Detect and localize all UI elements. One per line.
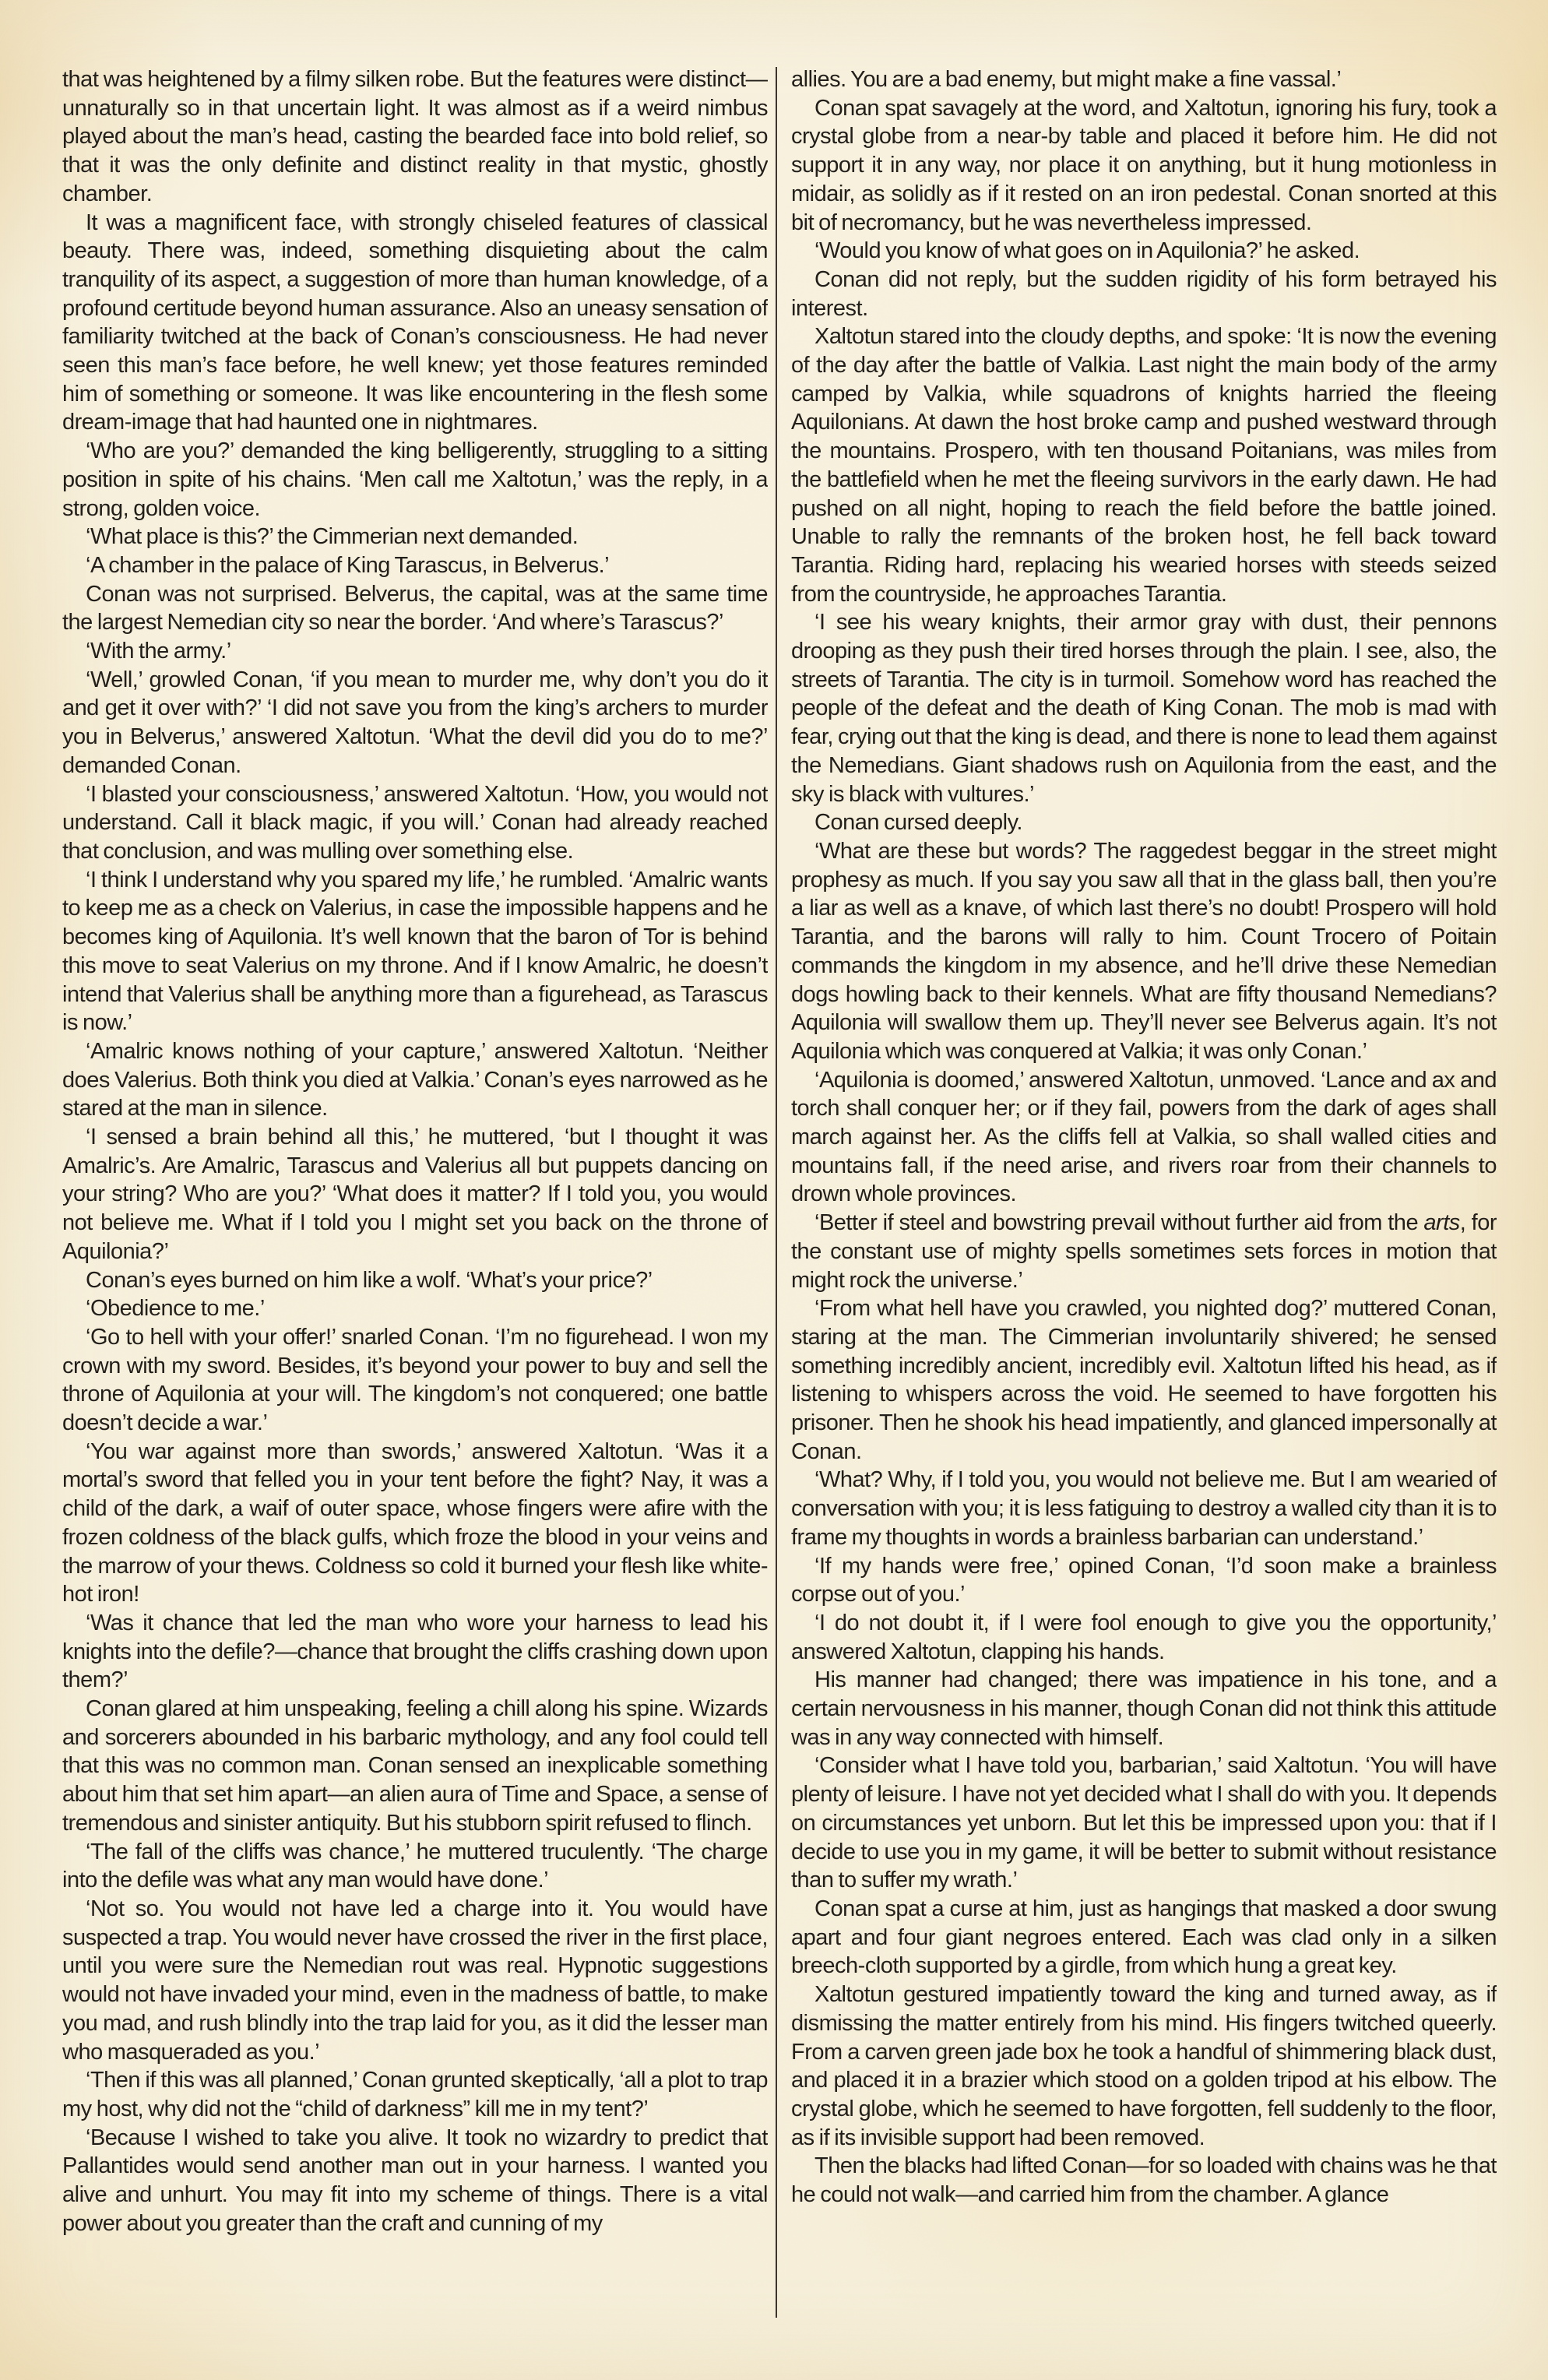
paragraph: that was heightened by a filmy silken ro…: [62, 65, 768, 209]
paragraph: ‘From what hell have you crawled, you ni…: [791, 1294, 1497, 1466]
paragraph: ‘Consider what I have told you, barbaria…: [791, 1752, 1497, 1895]
paragraph: allies. You are a bad enemy, but might m…: [791, 65, 1497, 94]
paragraph: ‘Go to hell with your offer!’ snarled Co…: [62, 1323, 768, 1438]
paragraph: Conan spat savagely at the word, and Xal…: [791, 94, 1497, 238]
paragraph: ‘I do not doubt it, if I were fool enoug…: [791, 1609, 1497, 1666]
paragraph: ‘If my hands were free,’ opined Conan, ‘…: [791, 1552, 1497, 1609]
paragraph: ‘With the army.’: [62, 637, 768, 666]
paragraph: ‘You war against more than swords,’ answ…: [62, 1438, 768, 1609]
paragraph: ‘Was it chance that led the man who wore…: [62, 1609, 768, 1695]
paragraph: ‘Who are you?’ demanded the king bellige…: [62, 437, 768, 523]
paragraph: Conan glared at him unspeaking, feeling …: [62, 1695, 768, 1838]
paragraph: ‘Well,’ growled Conan, ‘if you mean to m…: [62, 666, 768, 780]
paragraph: Conan cursed deeply.: [791, 808, 1497, 837]
paragraph: Conan spat a curse at him, just as hangi…: [791, 1895, 1497, 1980]
book-page: that was heightened by a filmy silken ro…: [0, 0, 1548, 2380]
paragraph: ‘What are these but words? The raggedest…: [791, 837, 1497, 1066]
paragraph: ‘Obedience to me.’: [62, 1294, 768, 1323]
paragraph: ‘Amalric knows nothing of your capture,’…: [62, 1037, 768, 1123]
paragraph: ‘Would you know of what goes on in Aquil…: [791, 237, 1497, 266]
paragraph: ‘I see his weary knights, their armor gr…: [791, 608, 1497, 808]
paragraph: Conan’s eyes burned on him like a wolf. …: [62, 1266, 768, 1295]
paragraph: ‘What place is this?’ the Cimmerian next…: [62, 523, 768, 551]
paragraph: It was a magnificent face, with strongly…: [62, 209, 768, 438]
paragraph: Conan was not surprised. Belverus, the c…: [62, 580, 768, 637]
paragraph: ‘Better if steel and bowstring prevail w…: [791, 1209, 1497, 1294]
paragraph: ‘Not so. You would not have led a charge…: [62, 1895, 768, 2066]
paragraph: ‘The fall of the cliffs was chance,’ he …: [62, 1838, 768, 1895]
text-column-right: allies. You are a bad enemy, but might m…: [791, 65, 1497, 2324]
paragraph: Xaltotun stared into the cloudy depths, …: [791, 322, 1497, 608]
paragraph: ‘Because I wished to take you alive. It …: [62, 2124, 768, 2238]
paragraph: Then the blacks had lifted Conan—for so …: [791, 2152, 1497, 2209]
paragraph: His manner had changed; there was impati…: [791, 1666, 1497, 1752]
text-column-left: that was heightened by a filmy silken ro…: [62, 65, 768, 2324]
paragraph: ‘Then if this was all planned,’ Conan gr…: [62, 2066, 768, 2123]
paragraph: ‘I sensed a brain behind all this,’ he m…: [62, 1123, 768, 1266]
column-divider-rule: [776, 67, 777, 2318]
paragraph: ‘Aquilonia is doomed,’ answered Xaltotun…: [791, 1066, 1497, 1209]
paragraph: ‘I blasted your consciousness,’ answered…: [62, 780, 768, 866]
paragraph: Xaltotun gestured impatiently toward the…: [791, 1980, 1497, 2152]
paragraph: ‘A chamber in the palace of King Tarascu…: [62, 551, 768, 580]
paragraph: ‘What? Why, if I told you, you would not…: [791, 1466, 1497, 1551]
paragraph: Conan did not reply, but the sudden rigi…: [791, 266, 1497, 322]
paragraph: ‘I think I understand why you spared my …: [62, 866, 768, 1037]
